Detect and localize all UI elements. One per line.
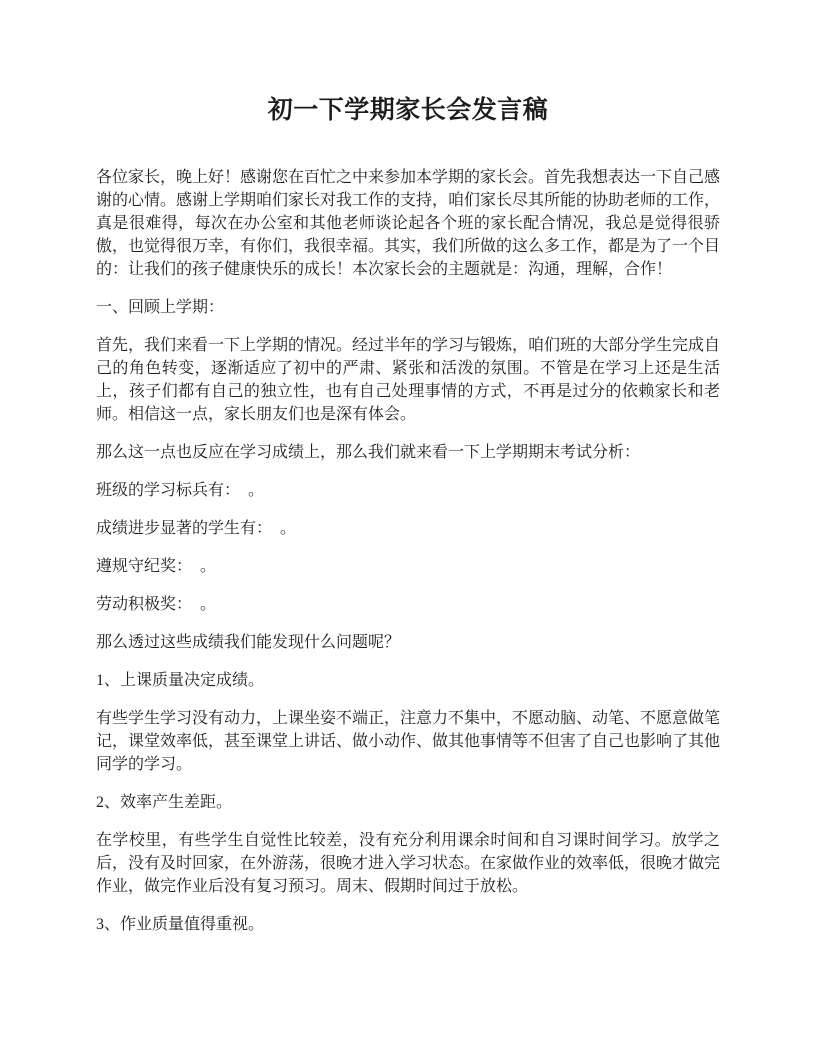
- paragraph-efficiency-detail: 在学校里，有些学生自觉性比较差，没有充分利用课余时间和自习课时间学习。放学之后，…: [96, 829, 720, 898]
- intro-paragraph: 各位家长，晚上好！感谢您在百忙之中来参加本学期的家长会。首先我想表达一下自己感谢…: [96, 166, 720, 281]
- item-3-homework-quality: 3、作业质量值得重视。: [96, 913, 720, 936]
- section-heading-review: 一、回顾上学期：: [96, 296, 720, 319]
- document-title: 初一下学期家长会发言稿: [96, 96, 720, 126]
- paragraph-semester-overview: 首先，我们来看一下上学期的情况。经过半年的学习与锻炼，咱们班的大部分学生完成自己…: [96, 334, 720, 426]
- document-page: 初一下学期家长会发言稿 各位家长，晚上好！感谢您在百忙之中来参加本学期的家长会。…: [0, 0, 816, 1056]
- item-1-class-quality: 1、上课质量决定成绩。: [96, 669, 720, 692]
- line-improved-students: 成绩进步显著的学生有： 。: [96, 517, 720, 540]
- paragraph-question: 那么透过这些成绩我们能发现什么问题呢？: [96, 631, 720, 654]
- line-discipline-award: 遵规守纪奖： 。: [96, 555, 720, 578]
- paragraph-class-quality-detail: 有些学生学习没有动力，上课坐姿不端正，注意力不集中，不愿动脑、动笔、不愿意做笔记…: [96, 707, 720, 776]
- item-2-efficiency-gap: 2、效率产生差距。: [96, 791, 720, 814]
- line-labor-award: 劳动积极奖： 。: [96, 593, 720, 616]
- line-study-models: 班级的学习标兵有： 。: [96, 479, 720, 502]
- paragraph-exam-analysis-intro: 那么这一点也反应在学习成绩上，那么我们就来看一下上学期期末考试分析：: [96, 441, 720, 464]
